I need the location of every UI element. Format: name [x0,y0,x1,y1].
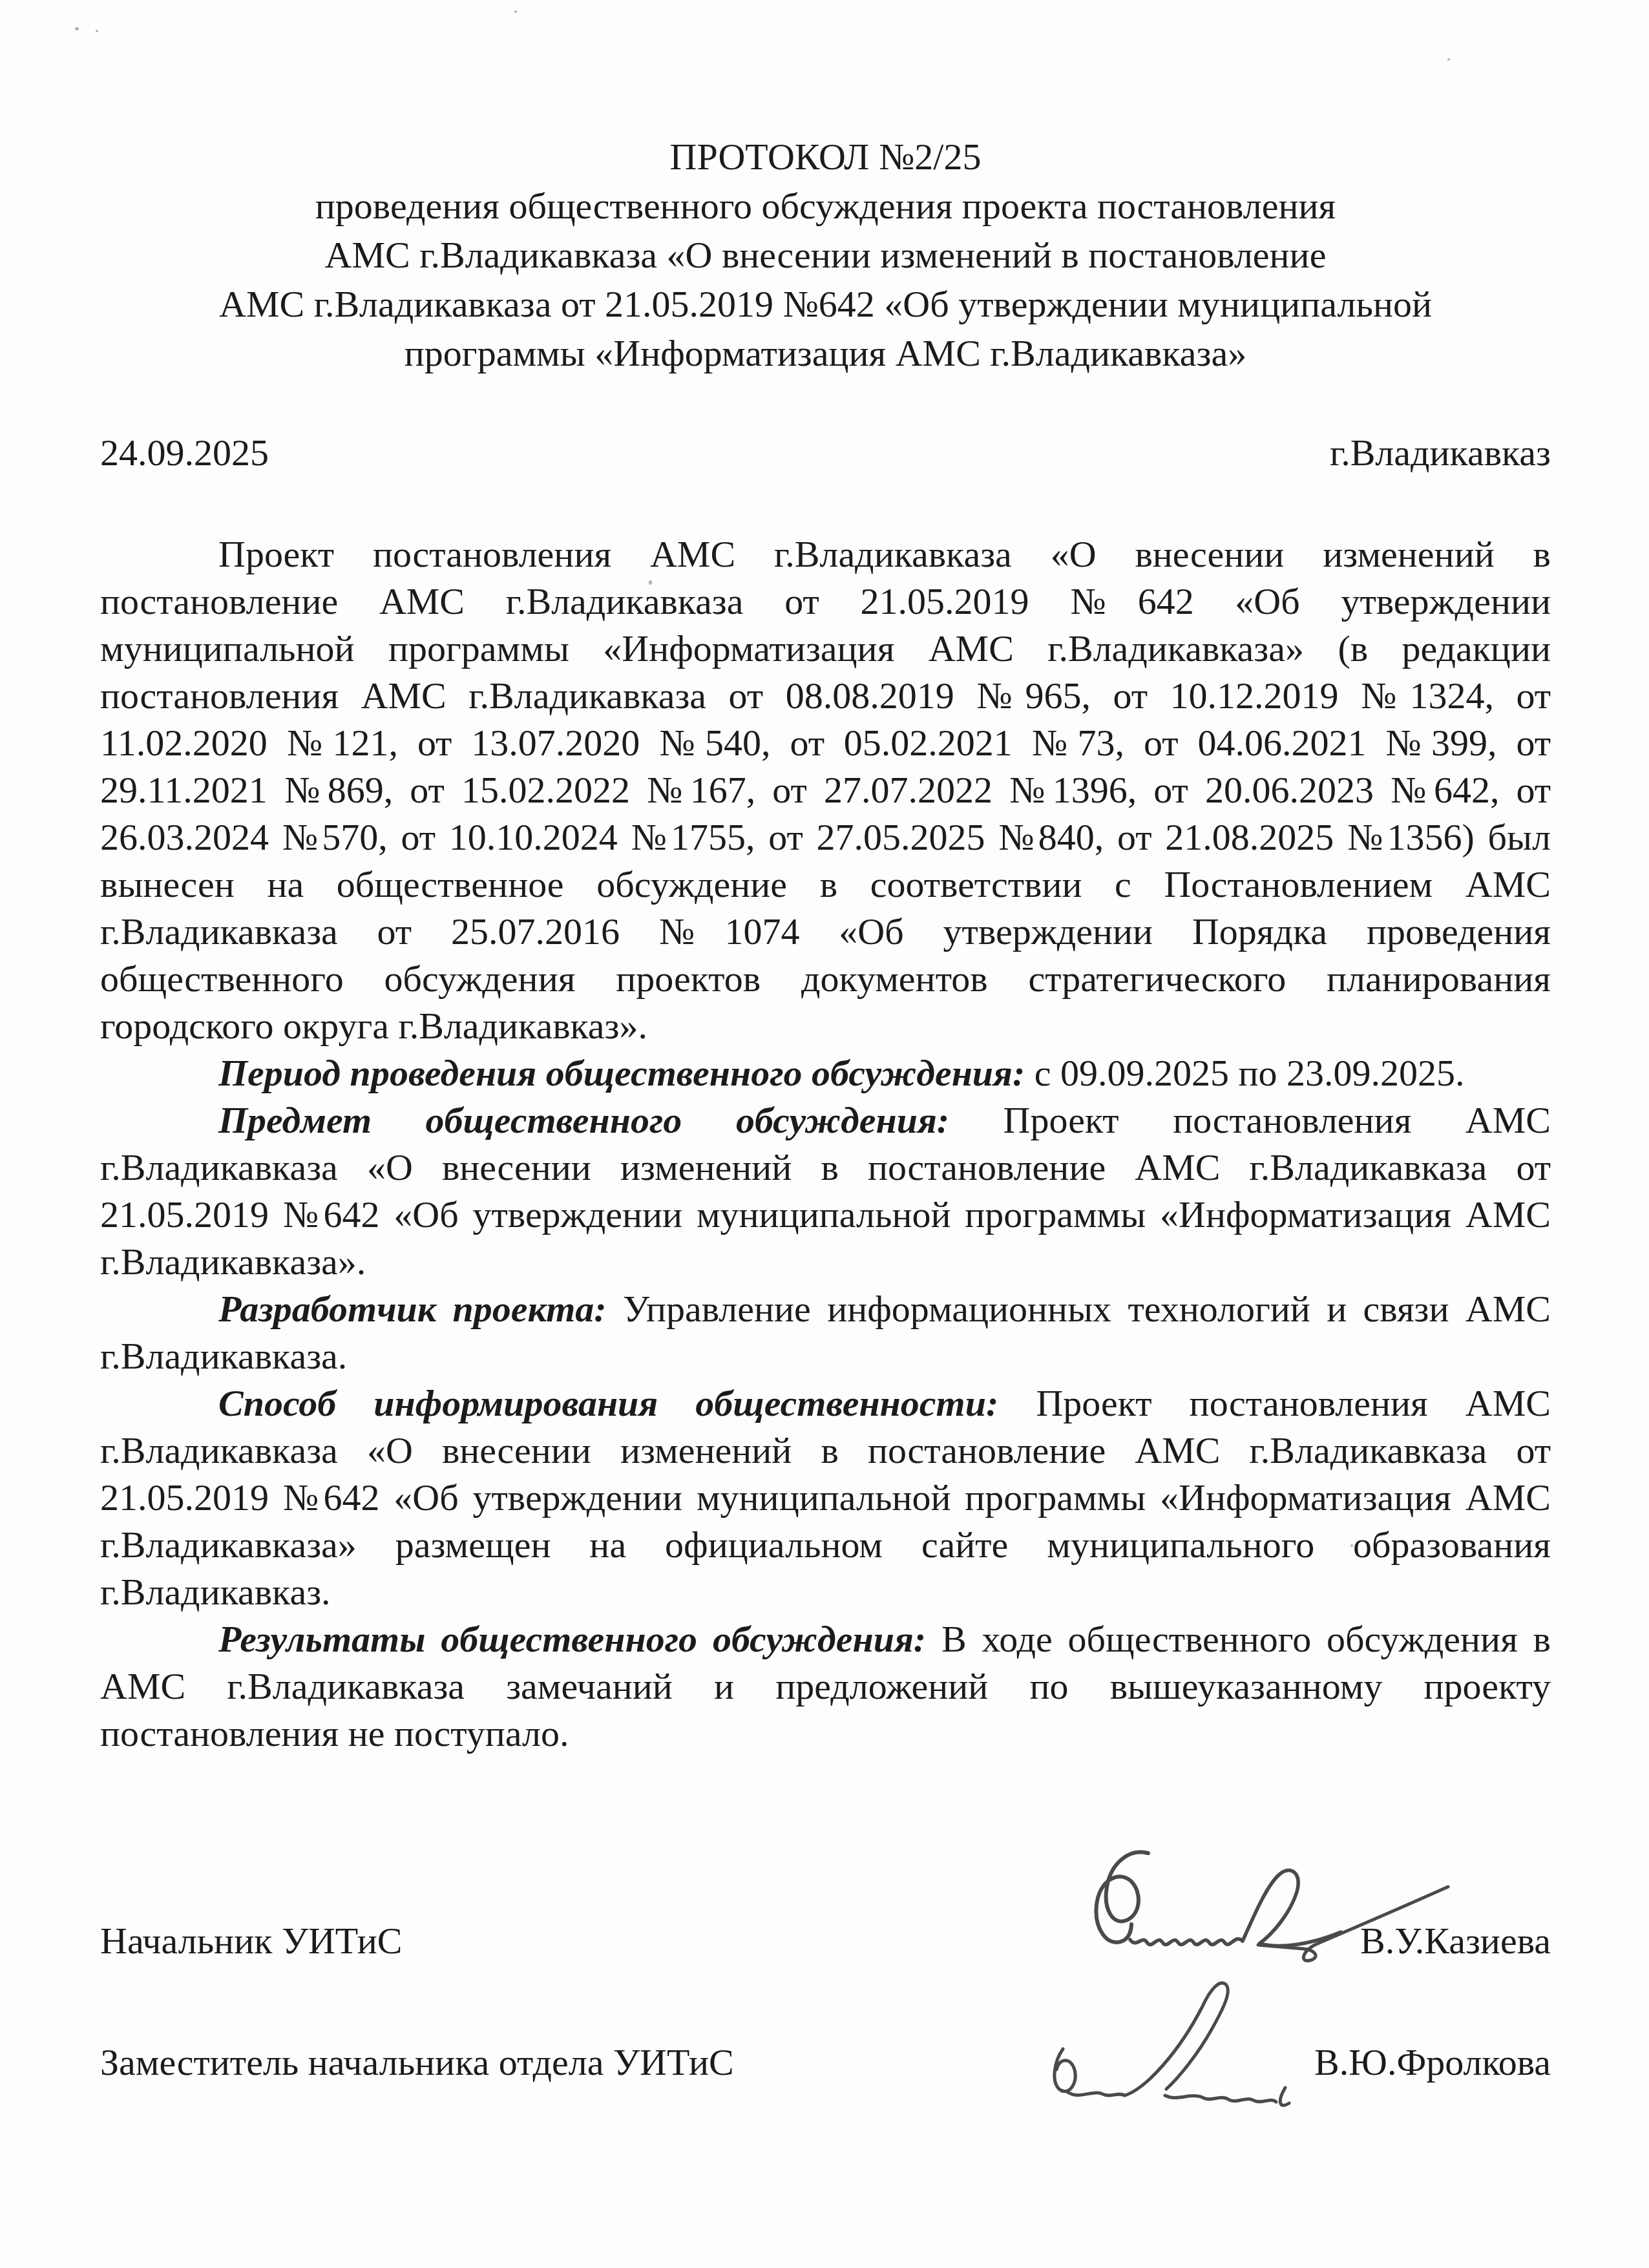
paragraph-text: Проект постановления АМС г.Владикавказа … [100,533,1551,1047]
scan-speck [1447,58,1450,61]
scan-speck [514,10,517,13]
document-place: г.Владикавказ [1330,429,1551,476]
paragraph-lead: Предмет общественного обсуждения: [218,1099,949,1141]
date-place-row: 24.09.2025 г.Владикавказ [100,429,1551,476]
paragraph: Способ информирования общественности: Пр… [100,1380,1551,1615]
document-header: ПРОТОКОЛ №2/25 проведения общественного … [100,132,1551,378]
document-date: 24.09.2025 [100,429,269,476]
scan-speck [96,30,98,32]
signature-name: В.У.Казиева [1360,1917,1551,1964]
paragraph-lead: Результаты общественного обсуждения: [218,1618,926,1660]
paragraph: Период проведения общественного обсужден… [100,1049,1551,1097]
scan-speck [1350,1544,1353,1547]
header-line: проведения общественного обсуждения прое… [100,182,1551,231]
header-line: АМС г.Владикавказа от 21.05.2019 №642 «О… [100,280,1551,329]
paragraph: Результаты общественного обсуждения: В х… [100,1615,1551,1757]
document-page: ПРОТОКОЛ №2/25 проведения общественного … [0,0,1649,2268]
document-title: ПРОТОКОЛ №2/25 [100,132,1551,182]
scan-speck [75,27,79,30]
paragraph: Разработчик проекта: Управление информац… [100,1285,1551,1380]
document-body: Проект постановления АМС г.Владикавказа … [100,530,1551,1757]
paragraph: Предмет общественного обсуждения: Проект… [100,1097,1551,1285]
header-line: АМС г.Владикавказа «О внесении изменений… [100,231,1551,280]
paragraph-text: с 09.09.2025 по 23.09.2025. [1025,1052,1464,1094]
signature-row: Заместитель начальника отдела УИТиС В.Ю.… [100,2039,1551,2086]
paragraph: Проект постановления АМС г.Владикавказа … [100,530,1551,1049]
signature-name: В.Ю.Фролкова [1314,2039,1551,2086]
scan-speck [918,1318,920,1321]
signature-block: Начальник УИТиС В.У.Казиева Заместитель … [100,1842,1551,2242]
signature-position: Заместитель начальника отдела УИТиС [100,2039,734,2086]
header-line: программы «Информатизация АМС г.Владикав… [100,329,1551,378]
signature-position: Начальник УИТиС [100,1917,403,1964]
paragraph-lead: Период проведения общественного обсужден… [218,1052,1025,1094]
signature-row: Начальник УИТиС В.У.Казиева [100,1917,1551,1964]
scan-speck [649,580,652,585]
paragraph-lead: Способ информирования общественности: [218,1382,998,1424]
paragraph-lead: Разработчик проекта: [218,1288,607,1330]
